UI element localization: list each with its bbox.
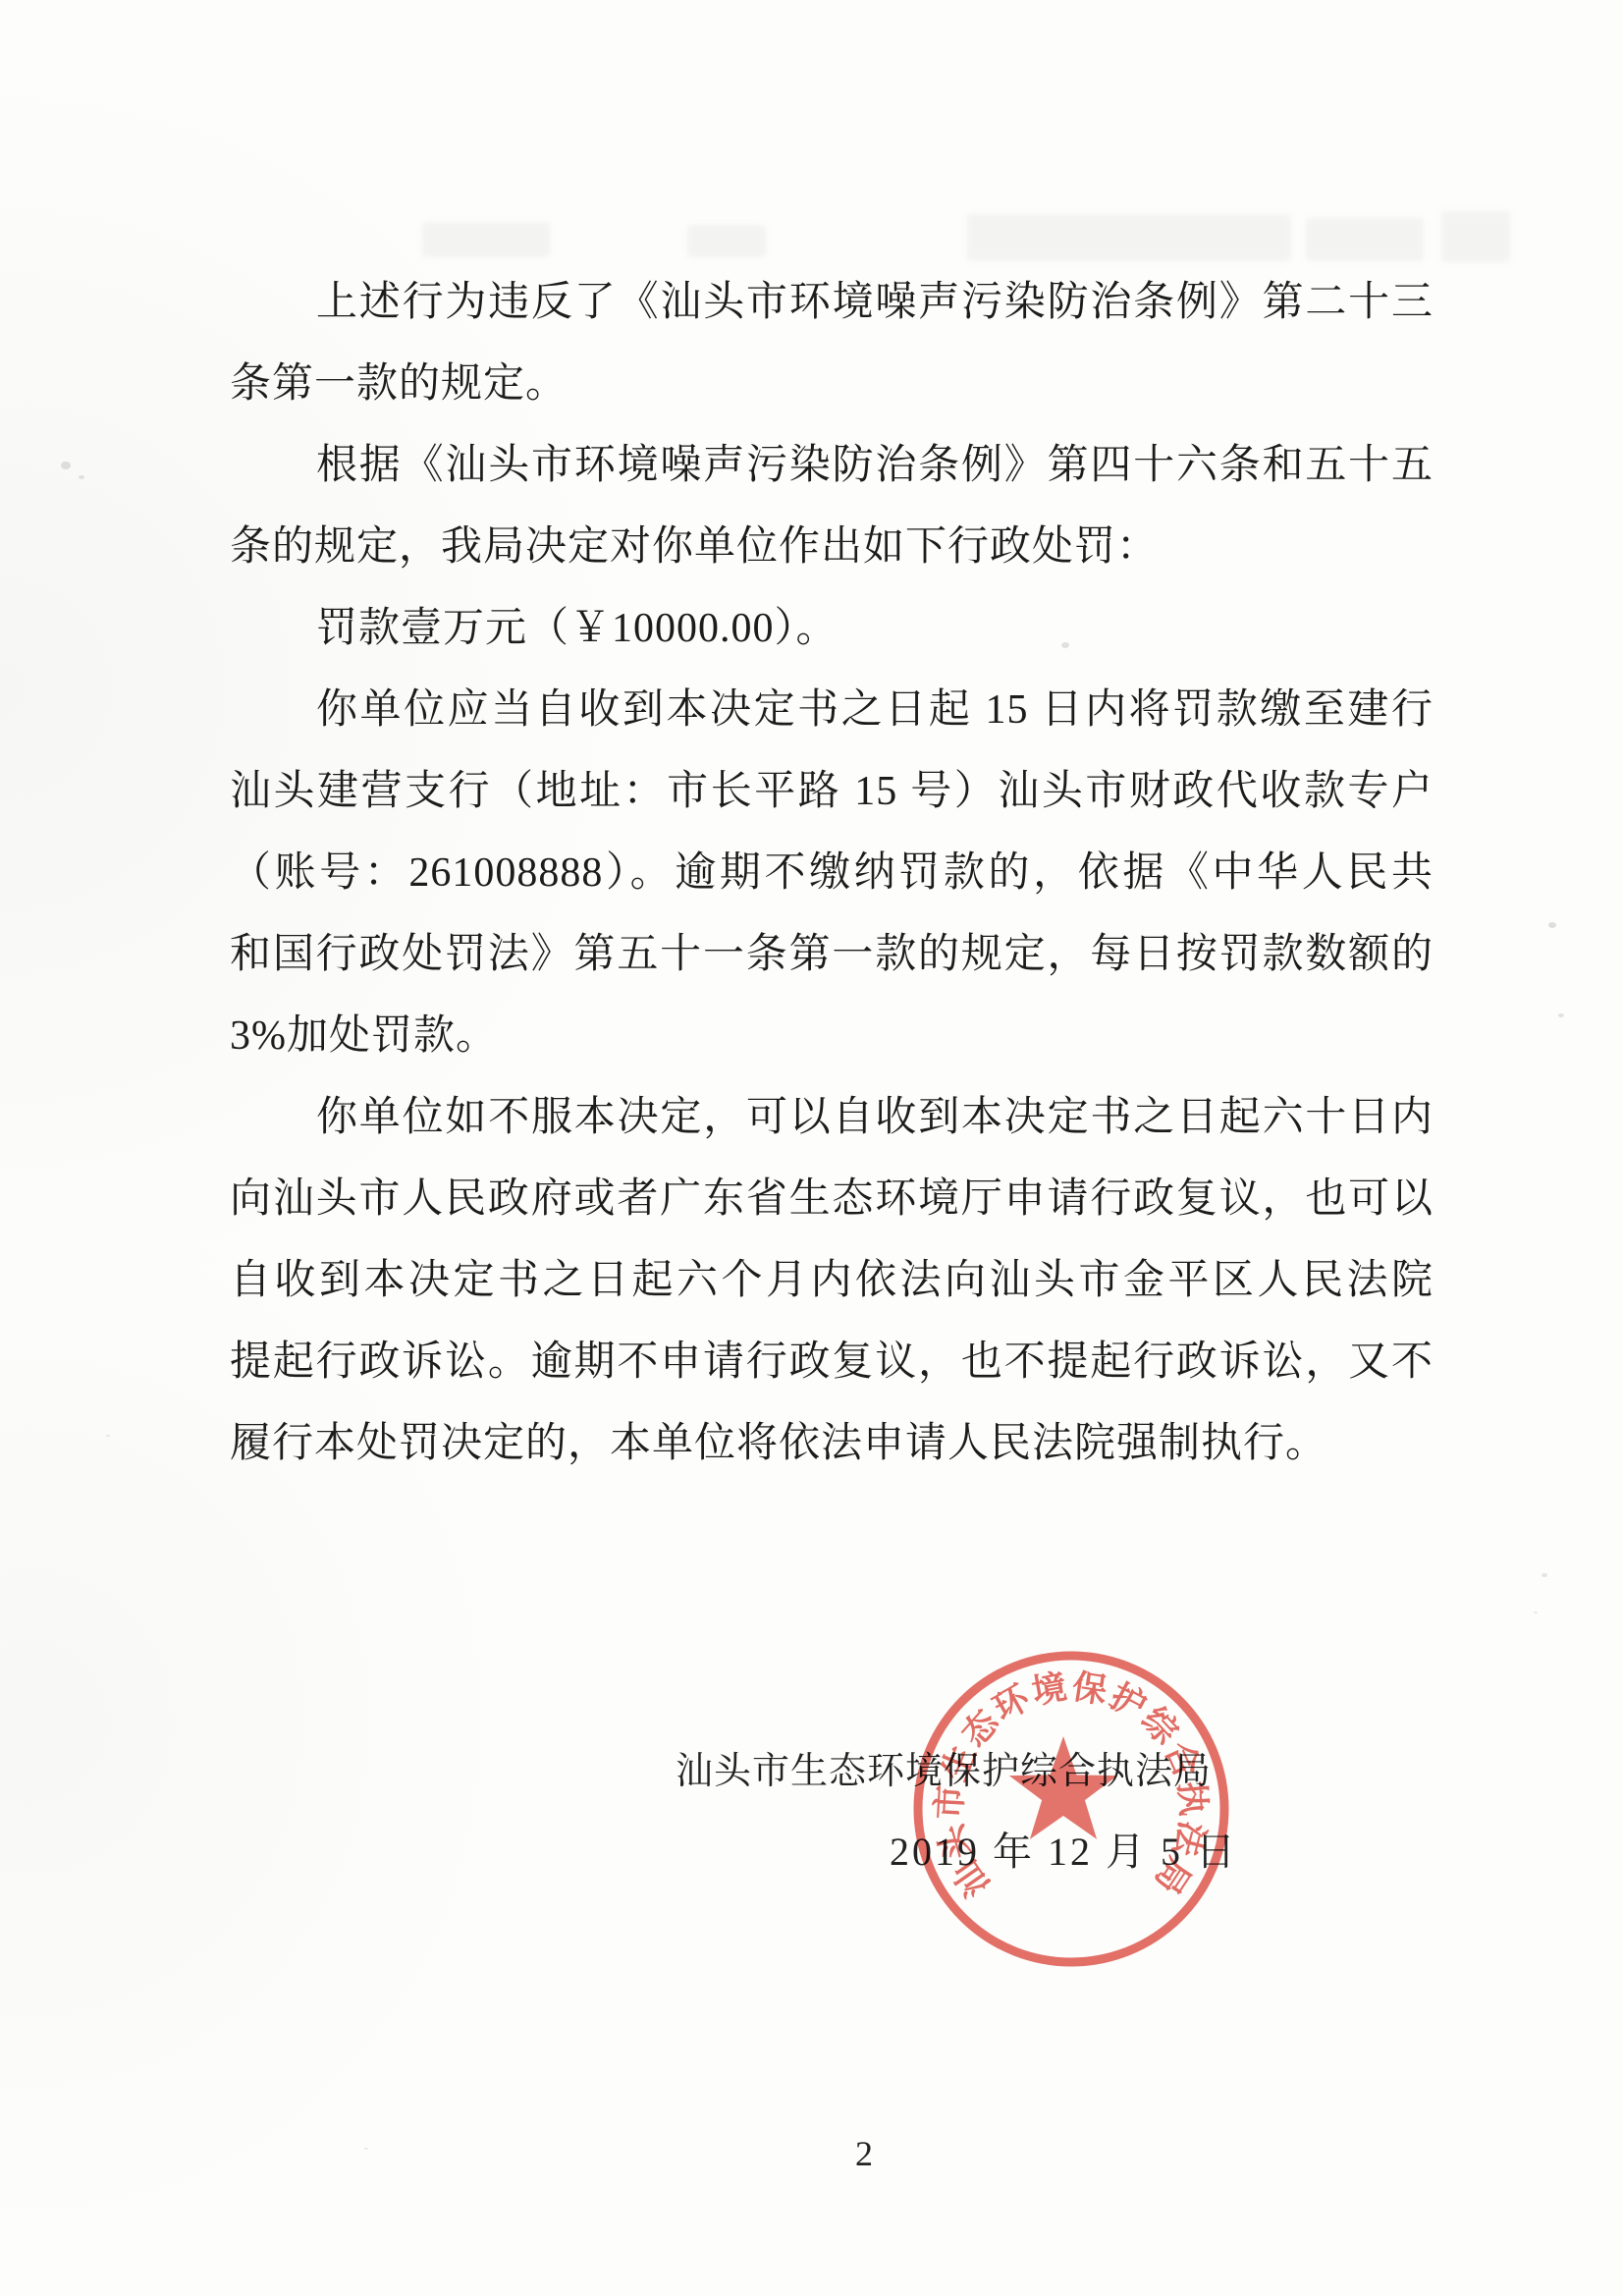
body-line: 条第一款的规定。 [230, 344, 1434, 425]
official-seal: 汕头市生态环境保护综合执法局 [904, 1642, 1238, 1976]
body-line: 向汕头市人民政府或者广东省生态环境厅申请行政复议，也可以 [230, 1159, 1434, 1240]
body-line: 上述行为违反了《汕头市环境噪声污染防治条例》第二十三 [230, 262, 1434, 344]
scanned-document-page: 上述行为违反了《汕头市环境噪声污染防治条例》第二十三 条第一款的规定。 根据《汕… [0, 0, 1623, 2296]
body-line: 自收到本决定书之日起六个月内依法向汕头市金平区人民法院 [230, 1240, 1434, 1322]
body-line: 你单位应当自收到本决定书之日起 15 日内将罚款缴至建行 [230, 670, 1434, 751]
body-line: 汕头建营支行（地址：市长平路 15 号）汕头市财政代收款专户 [230, 751, 1434, 833]
page-number: 2 [839, 2133, 889, 2174]
body-line: 根据《汕头市环境噪声污染防治条例》第四十六条和五十五 [230, 425, 1434, 507]
body-line: 提起行政诉讼。逾期不申请行政复议，也不提起行政诉讼，又不 [230, 1322, 1434, 1403]
body-line: 履行本处罚决定的，本单位将依法申请人民法院强制执行。 [230, 1403, 1434, 1485]
body-line: （账号：261008888）。逾期不缴纳罚款的，依据《中华人民共 [230, 833, 1434, 914]
document-body: 上述行为违反了《汕头市环境噪声污染防治条例》第二十三 条第一款的规定。 根据《汕… [230, 262, 1434, 1485]
seal-star-icon [1009, 1736, 1117, 1839]
body-line: 3%加处罚款。 [230, 996, 1434, 1077]
scan-speckles [61, 462, 71, 469]
body-line: 和国行政处罚法》第五十一条第一款的规定，每日按罚款数额的 [230, 914, 1434, 996]
body-line: 条的规定，我局决定对你单位作出如下行政处罚： [230, 507, 1434, 588]
body-line: 罚款壹万元（￥10000.00）。 [230, 588, 1434, 670]
body-line: 你单位如不服本决定，可以自收到本决定书之日起六十日内 [230, 1077, 1434, 1159]
